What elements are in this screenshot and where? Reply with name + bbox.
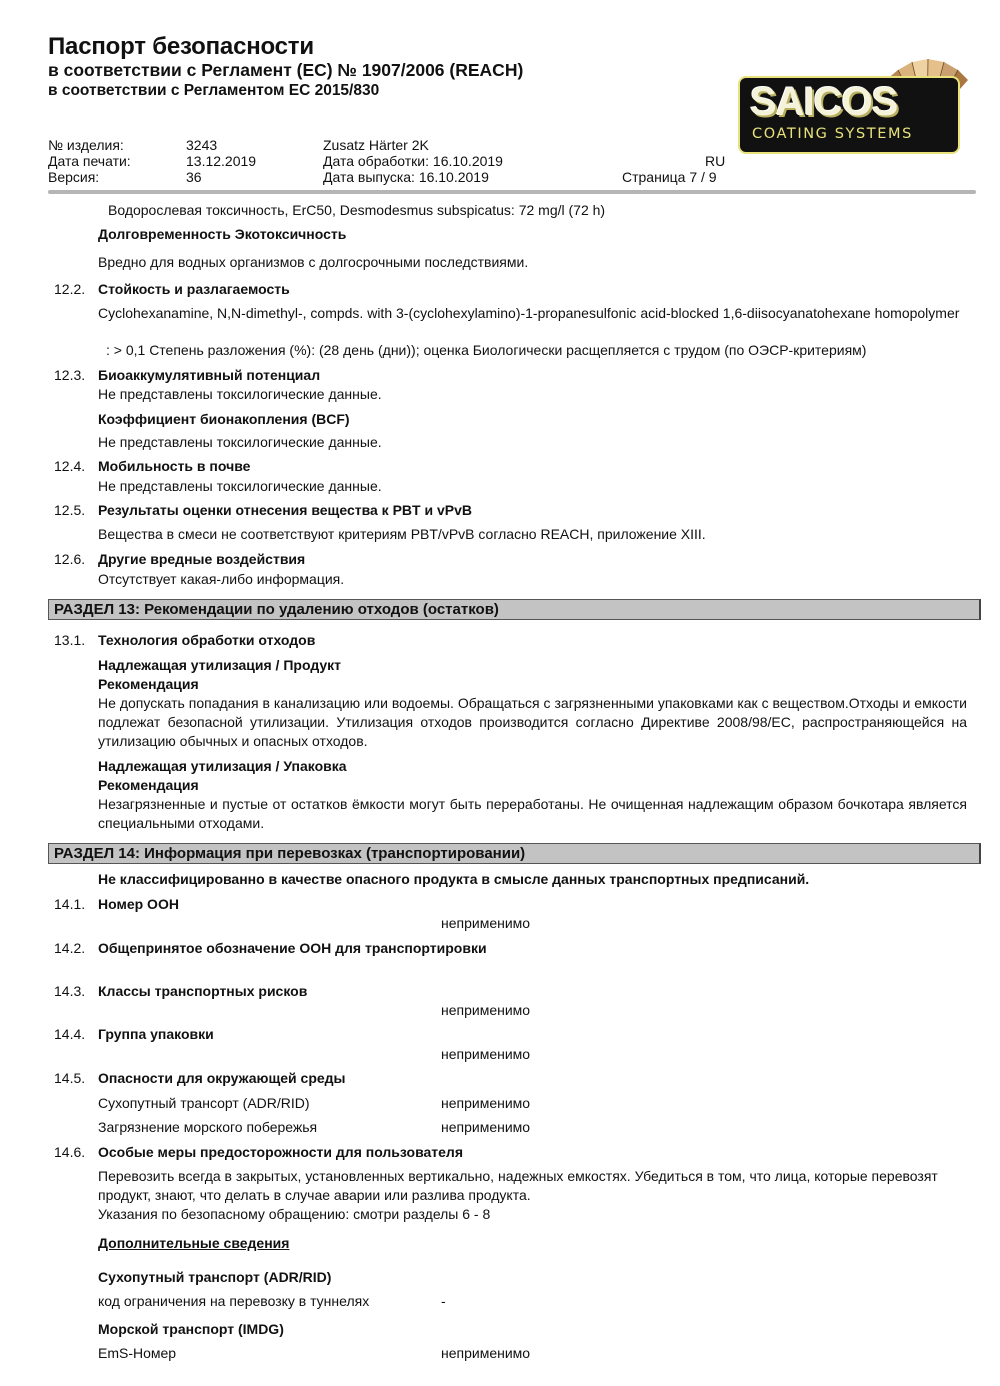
sea-transport-heading: Морской транспорт (IMDG)	[98, 1321, 284, 1337]
s14-5-heading: Опасности для окружающей среды	[98, 1070, 346, 1086]
s12-6-text: Отсутствует какая-либо информация.	[98, 571, 344, 587]
s12-4-number: 12.4.	[54, 458, 85, 474]
section-14-header: РАЗДЕЛ 14: Информация при перевозках (тр…	[48, 843, 981, 864]
logo-badge: SAICOS COATING SYSTEMS	[738, 76, 960, 154]
packaging-recommendation-label: Рекомендация	[98, 777, 199, 793]
s12-3-text: Не представлены токсилогические данные.	[98, 386, 382, 402]
packing-group-value: неприменимо	[441, 1046, 530, 1062]
print-date-label: Дата печати:	[48, 153, 131, 169]
hazard-class-value: неприменимо	[441, 1002, 530, 1018]
s14-1-heading: Номер ООН	[98, 896, 179, 912]
s14-6-number: 14.6.	[54, 1144, 85, 1160]
document-title: Паспорт безопасности	[48, 33, 314, 61]
product-no: 3243	[186, 137, 217, 153]
s12-5-text: Вещества в смеси не соответствуют критер…	[98, 526, 706, 542]
tunnel-code-value: -	[441, 1293, 446, 1309]
version: 36	[186, 169, 202, 185]
version-label: Версия:	[48, 169, 99, 185]
s12-2-result: : > 0,1 Степень разложения (%): (28 день…	[106, 342, 866, 358]
s14-2-number: 14.2.	[54, 940, 85, 956]
s12-4-heading: Мобильность в почве	[98, 458, 250, 474]
document-subtitle-regulation: в соответствии с Регламентом ЕС 2015/830	[48, 82, 379, 100]
print-date: 13.12.2019	[186, 153, 256, 169]
s14-3-number: 14.3.	[54, 983, 85, 999]
env-hazard-marine-label: Загрязнение морского побережья	[98, 1119, 317, 1135]
s14-5-number: 14.5.	[54, 1070, 85, 1086]
document-subtitle-reach: в соответствии с Регламент (ЕС) № 1907/2…	[48, 60, 523, 81]
tunnel-code-label: код ограничения на перевозку в туннелях	[98, 1293, 369, 1309]
s12-6-number: 12.6.	[54, 551, 85, 567]
longterm-ecotox-text: Вредно для водных организмов с долгосроч…	[98, 254, 528, 270]
ems-number-value: неприменимо	[441, 1345, 530, 1361]
s14-3-heading: Классы транспортных рисков	[98, 983, 307, 999]
longterm-ecotox-heading: Долговременность Экотоксичность	[98, 226, 346, 242]
processed-date: Дата обработки: 16.10.2019	[323, 153, 503, 169]
language-code: RU	[705, 153, 725, 169]
packaging-disposal-heading: Надлежащая утилизация / Упаковка	[98, 758, 347, 774]
algae-toxicity: Водорослевая токсичность, ErC50, Desmode…	[108, 202, 605, 218]
s12-2-number: 12.2.	[54, 281, 85, 297]
s12-4-text: Не представлены токсилогические данные.	[98, 478, 382, 494]
logo-tagline: COATING SYSTEMS	[752, 126, 913, 142]
s12-3-number: 12.3.	[54, 367, 85, 383]
page-number: Страница 7 / 9	[622, 169, 717, 185]
s14-4-number: 14.4.	[54, 1026, 85, 1042]
s14-6-heading: Особые меры предосторожности для пользов…	[98, 1144, 463, 1160]
product-recommendation-label: Рекомендация	[98, 676, 199, 692]
product-disposal-heading: Надлежащая утилизация / Продукт	[98, 657, 341, 673]
product-no-label: № изделия:	[48, 137, 124, 153]
s12-3-heading: Биоаккумулятивный потенциал	[98, 367, 320, 383]
s12-2-heading: Стойкость и разлагаемость	[98, 281, 290, 297]
s14-1-number: 14.1.	[54, 896, 85, 912]
s12-5-number: 12.5.	[54, 502, 85, 518]
s13-1-number: 13.1.	[54, 632, 85, 648]
un-number-value: неприменимо	[441, 915, 530, 931]
s13-1-heading: Технология обработки отходов	[98, 632, 315, 648]
land-transport-heading: Сухопутный транспорт (ADR/RID)	[98, 1269, 331, 1285]
s14-4-heading: Группа упаковки	[98, 1026, 214, 1042]
section-13-header: РАЗДЕЛ 13: Рекомендации по удалению отхо…	[48, 599, 981, 620]
ems-number-label: EmS-Номер	[98, 1345, 176, 1361]
s12-5-heading: Результаты оценки отнесения вещества к P…	[98, 502, 472, 518]
logo-brand-name: SAICOS	[750, 80, 897, 125]
s12-2-substance: Cyclohexanamine, N,N-dimethyl-, compds. …	[98, 304, 967, 323]
additional-info-heading: Дополнительные сведения	[98, 1235, 289, 1251]
saicos-logo: SAICOS COATING SYSTEMS	[738, 58, 970, 154]
product-name: Zusatz Härter 2K	[323, 137, 429, 153]
packaging-disposal-text: Незагрязненные и пустые от остатков ёмко…	[98, 795, 967, 833]
release-date: Дата выпуска: 16.10.2019	[323, 169, 489, 185]
env-hazard-land-value: неприменимо	[441, 1095, 530, 1111]
bcf-text: Не представлены токсилогические данные.	[98, 434, 382, 450]
header-divider	[48, 190, 976, 194]
s12-6-heading: Другие вредные воздействия	[98, 551, 305, 567]
transport-classification-note: Не классифицированно в качестве опасного…	[98, 871, 809, 887]
product-disposal-text: Не допускать попадания в канализацию или…	[98, 694, 967, 751]
bcf-heading: Коэффициент бионакопления (BCF)	[98, 411, 350, 427]
handling-reference: Указания по безопасному обращению: смотр…	[98, 1206, 490, 1222]
env-hazard-land-label: Сухопутный трансорт (ADR/RID)	[98, 1095, 310, 1111]
user-precautions-text: Перевозить всегда в закрытых, установлен…	[98, 1167, 967, 1205]
s14-2-heading: Общепринятое обозначение ООН для транспо…	[98, 940, 487, 956]
env-hazard-marine-value: неприменимо	[441, 1119, 530, 1135]
